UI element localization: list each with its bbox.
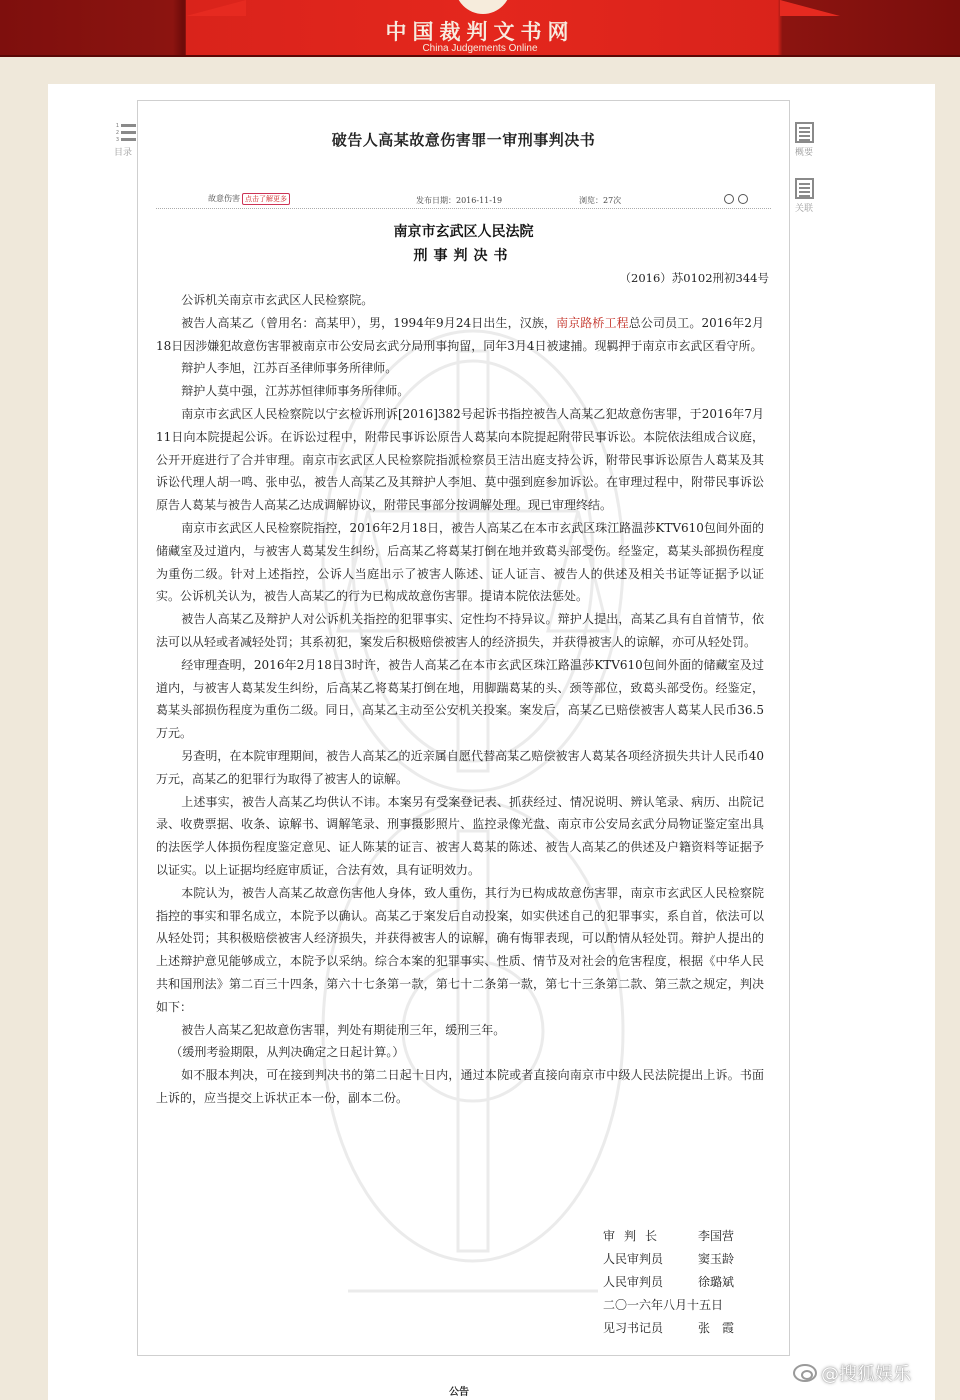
- case-number: （2016）苏0102刑初344号: [620, 270, 769, 286]
- toc-num: 1: [116, 123, 119, 129]
- toc-label: 目录: [110, 145, 136, 158]
- toc-bar: [121, 124, 136, 127]
- weibo-watermark: @搜狐娱乐: [793, 1360, 911, 1386]
- related-button[interactable]: 关联: [793, 178, 815, 214]
- signature-role: 人民审判员: [603, 1271, 698, 1294]
- signature-role: 人民审判员: [603, 1248, 698, 1271]
- site-banner: 中国裁判文书网 China Judgements Online: [0, 0, 960, 57]
- paragraph: 经审理查明，2016年2月18日3时许，被告人高某乙在本市玄武区珠江路温莎KTV…: [156, 654, 764, 745]
- paragraph: 另查明，在本院审理期间，被告人高某乙的近亲属自愿代替高某乙赔偿被害人葛某各项经济…: [156, 745, 764, 791]
- banner-fold-left: [186, 0, 246, 16]
- signature-row: 人民审判员徐璐斌: [603, 1271, 734, 1294]
- paragraph-defendant: 被告人高某乙（曾用名：高某甲），男，1994年9月24日出生，汉族，南京路桥工程…: [156, 312, 764, 358]
- document-title: 破告人高某故意伤害罪一审刑事判决书: [138, 129, 789, 150]
- signature-row: 人民审判员窦玉龄: [603, 1248, 734, 1271]
- site-logo-title[interactable]: 中国裁判文书网: [0, 16, 960, 46]
- weibo-logo-icon: [793, 1364, 817, 1382]
- site-logo-subtitle: China Judgements Online: [0, 43, 960, 54]
- toc-bar: [121, 138, 136, 141]
- judgment-date: 二〇一六年八月十五日: [603, 1294, 723, 1317]
- paragraph: 辩护人莫中强，江苏苏恒律师事务所律师。: [156, 380, 764, 403]
- toc-num: 2: [116, 130, 119, 136]
- signature-role: 审判长: [603, 1225, 698, 1248]
- paragraph: 辩护人李旭，江苏百圣律师事务所律师。: [156, 357, 764, 380]
- learn-more-button[interactable]: 点击了解更多: [242, 193, 290, 205]
- signature-name: 徐璐斌: [698, 1271, 734, 1294]
- signature-role: 见习书记员: [603, 1317, 698, 1340]
- signature-name: 李国营: [698, 1225, 734, 1248]
- paragraph: 上述事实，被告人高某乙均供认不讳。本案另有受案登记表、抓获经过、情况说明、辨认笔…: [156, 791, 764, 882]
- notice-heading[interactable]: 公告: [449, 1383, 469, 1398]
- court-emblem-icon: [455, 0, 511, 14]
- document-icon: [795, 122, 814, 143]
- publish-date-label: 发布日期：: [416, 196, 456, 205]
- cause-label: 故意伤害: [208, 194, 240, 203]
- signature-row: 审判长李国营: [603, 1225, 734, 1248]
- paragraph: 被告人高某乙及辩护人对公诉机关指控的犯罪事实、定性均不持异议。辩护人提出，高某乙…: [156, 608, 764, 654]
- document-meta-bar: 故意伤害点击了解更多 发布日期：2016-11-19 浏览：27次: [156, 193, 771, 209]
- print-icon[interactable]: [738, 194, 748, 204]
- paragraph-verdict: 被告人高某乙犯故意伤害罪，判处有期徒刑三年，缓刑三年。: [156, 1019, 764, 1042]
- text: 被告人高某乙（曾用名：高某甲），男，1994年9月24日出生，汉族，: [181, 316, 556, 330]
- summary-button[interactable]: 概要: [793, 122, 815, 158]
- signature-name: 窦玉龄: [698, 1248, 734, 1271]
- views-label: 浏览：: [579, 196, 603, 205]
- publish-date: 发布日期：2016-11-19: [416, 195, 502, 206]
- download-icon[interactable]: [724, 194, 734, 204]
- signature-row: 见习书记员张 霞: [603, 1317, 734, 1340]
- watermark-text: @搜狐娱乐: [821, 1360, 911, 1386]
- toc-button[interactable]: 1 2 3 目录: [110, 122, 136, 158]
- numbered-list-icon: 1: [110, 122, 136, 129]
- judgment-document: 破告人高某故意伤害罪一审刑事判决书 故意伤害点击了解更多 发布日期：2016-1…: [137, 100, 790, 1356]
- paragraph: 本院认为，被告人高某乙故意伤害他人身体，致人重伤，其行为已构成故意伤害罪，南京市…: [156, 882, 764, 1019]
- highlighted-link[interactable]: 南京路桥工程: [556, 316, 629, 330]
- publish-date-value: 2016-11-19: [456, 196, 502, 205]
- signature-block: 审判长李国营 人民审判员窦玉龄 人民审判员徐璐斌 二〇一六年八月十五日 见习书记…: [603, 1225, 734, 1340]
- paragraph-note: （缓刑考验期限，从判决确定之日起计算。）: [156, 1041, 764, 1064]
- paragraph: 南京市玄武区人民检察院指控，2016年2月18日，被告人高某乙在本市玄武区珠江路…: [156, 517, 764, 608]
- signature-name: 张 霞: [698, 1317, 734, 1340]
- document-icon: [795, 178, 814, 199]
- court-name: 南京市玄武区人民法院: [138, 221, 789, 241]
- views-value: 27次: [603, 196, 621, 205]
- judgment-body: 公诉机关南京市玄武区人民检察院。 被告人高某乙（曾用名：高某甲），男，1994年…: [156, 289, 764, 1110]
- numbered-list-icon-row: 2: [110, 129, 136, 136]
- summary-label: 概要: [793, 145, 815, 158]
- toc-bar: [121, 131, 136, 134]
- numbered-list-icon-row: 3: [110, 136, 136, 143]
- paragraph-appeal: 如不服本判决，可在接到判决书的第二日起十日内，通过本院或者直接向南京市中级人民法…: [156, 1064, 764, 1110]
- document-kind: 刑事判决书: [138, 245, 789, 265]
- paragraph: 公诉机关南京市玄武区人民检察院。: [156, 289, 764, 312]
- view-count: 浏览：27次: [579, 195, 621, 206]
- related-label: 关联: [793, 201, 815, 214]
- banner-fold-right: [780, 0, 840, 16]
- paragraph: 南京市玄武区人民检察院以宁玄检诉刑诉[2016]382号起诉书指控被告人高某乙犯…: [156, 403, 764, 517]
- toc-num: 3: [116, 137, 119, 143]
- signature-date: 二〇一六年八月十五日: [603, 1294, 734, 1317]
- document-actions: [724, 194, 748, 204]
- cause-of-action: 故意伤害点击了解更多: [208, 193, 290, 205]
